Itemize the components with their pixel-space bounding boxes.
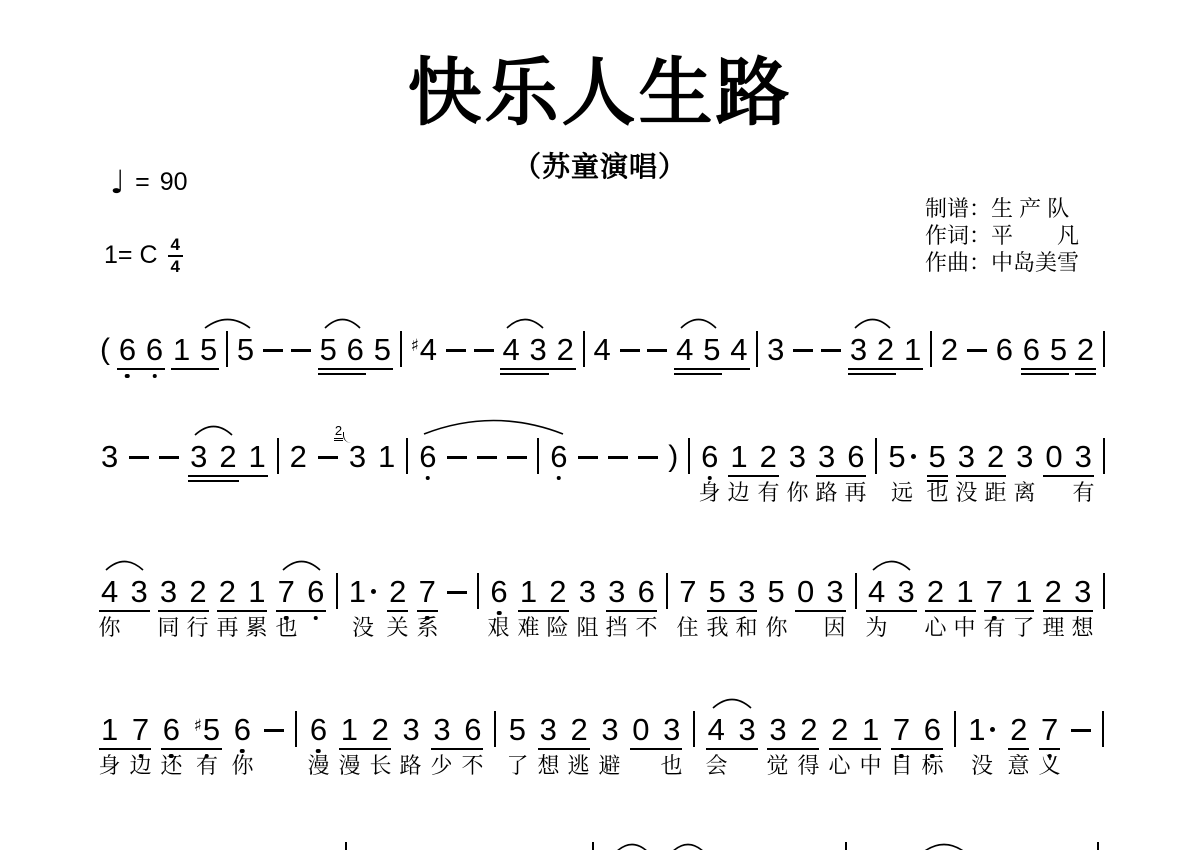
note-number: 1: [968, 712, 985, 747]
barline: [592, 842, 594, 850]
note-number: 6: [464, 712, 481, 747]
lyric-char: 再: [844, 482, 866, 504]
note-number: 3: [850, 332, 867, 367]
lyric-char: 和: [735, 617, 757, 639]
underline: [1075, 373, 1096, 375]
dash-continuation: [620, 349, 640, 352]
note-number: 2: [1010, 712, 1027, 747]
note: 2: [1076, 334, 1095, 365]
note: 6: [309, 714, 328, 745]
lyric-char: 阻: [576, 617, 598, 639]
parenthesis: (: [100, 335, 110, 365]
lyric-char: 路: [815, 482, 837, 504]
underline: [941, 610, 975, 612]
underline: [359, 368, 393, 370]
note: 3: [817, 441, 836, 472]
note: 5: [708, 576, 727, 607]
note: 5: [319, 334, 338, 365]
note-number: 1: [730, 439, 747, 474]
note: 5: [887, 441, 917, 472]
note-number: 7: [132, 712, 149, 747]
underline: [1035, 373, 1069, 375]
note: 5: [702, 334, 721, 365]
note-number: 1: [341, 712, 358, 747]
note: 4: [592, 334, 611, 365]
lyric-char: 同: [157, 617, 179, 639]
dash-continuation: [578, 456, 598, 459]
note: 1: [377, 441, 396, 472]
dash-continuation: [263, 349, 283, 352]
note-number: 2: [219, 574, 236, 609]
note: 2: [986, 441, 1005, 472]
note: 1: [100, 714, 119, 745]
note-number: 3: [101, 439, 118, 474]
note-number: 2: [219, 439, 236, 474]
barline: [336, 573, 338, 609]
note-number: 5: [509, 712, 526, 747]
underline: [292, 610, 326, 612]
note: 4: [501, 334, 520, 365]
credit-arranger: 制谱：生 产 队: [925, 195, 1079, 222]
lyric-char: 没: [955, 482, 977, 504]
note: 3: [1074, 441, 1093, 472]
note: 5: [508, 714, 527, 745]
note-number: 6: [996, 332, 1013, 367]
dash-continuation: [446, 349, 466, 352]
underline: [117, 748, 151, 750]
barline: [477, 573, 479, 609]
note: 5: [373, 334, 392, 365]
note-number: 3: [190, 439, 207, 474]
lyric-char: 标: [921, 755, 943, 777]
lyric-char: 不: [461, 755, 483, 777]
lyric-char: 行: [186, 617, 208, 639]
lyric-char: 我: [706, 617, 728, 639]
key-text: 1= C: [104, 241, 158, 270]
note-number: 3: [897, 574, 914, 609]
note: 6: [637, 576, 656, 607]
lyric-char: 避: [598, 755, 620, 777]
note-number: 6: [234, 712, 251, 747]
music-line-3: 4332217612761233675350343217123你同行再累也没关系…: [100, 575, 1105, 607]
note-number: 6: [119, 332, 136, 367]
note: 2: [218, 576, 237, 607]
note-number: 1: [173, 332, 190, 367]
dash-continuation: [608, 456, 628, 459]
underline: [972, 475, 1006, 477]
note-number: 3: [540, 712, 557, 747]
lyric-char: 险: [546, 617, 568, 639]
note: 1: [861, 714, 880, 745]
note-number: 5: [703, 332, 720, 367]
dash-continuation: [159, 456, 179, 459]
underline: [715, 368, 749, 370]
note-number: 2: [290, 439, 307, 474]
note-number: 4: [420, 332, 437, 367]
note: 2: [1009, 714, 1028, 745]
note-number: 6: [419, 439, 436, 474]
lyric-char: 中: [859, 755, 881, 777]
parenthesis: ): [668, 442, 678, 472]
barline: [1102, 711, 1104, 747]
underline: [357, 748, 391, 750]
note: 2: [289, 441, 308, 472]
lyric-char: 为: [865, 617, 887, 639]
note: 5: [1049, 334, 1068, 365]
note: 3: [849, 334, 868, 365]
underline: [185, 368, 219, 370]
note: 2: [830, 714, 849, 745]
note-number: 2: [1077, 332, 1094, 367]
barline: [295, 711, 297, 747]
note-number: 2: [927, 574, 944, 609]
lyric-char: 不: [635, 617, 657, 639]
note-number: 2: [389, 574, 406, 609]
tie-slur-arc: [872, 558, 911, 571]
note: 1: [172, 334, 191, 365]
grace-hook-icon: [343, 432, 351, 443]
lyric-char: 艰: [487, 617, 509, 639]
note: 3: [737, 714, 756, 745]
lyric-char: 没: [971, 755, 993, 777]
credits: 制谱：生 产 队 作词：平 凡 作曲：中岛美雪: [925, 195, 1079, 276]
note-number: 3: [663, 712, 680, 747]
note-number: 4: [676, 332, 693, 367]
tempo-marking: ♩ = 90: [110, 166, 188, 198]
note-number: 5: [200, 332, 217, 367]
lyric-char: 你: [231, 755, 253, 777]
augmentation-dot: [990, 727, 995, 732]
note: 7: [131, 714, 150, 745]
note: 3: [607, 576, 626, 607]
note-number: 1: [862, 712, 879, 747]
underline: [889, 368, 923, 370]
note: 2: [388, 576, 407, 607]
barline: [875, 438, 877, 474]
note-number: 2: [549, 574, 566, 609]
note-number: 6: [347, 332, 364, 367]
barline: [693, 711, 695, 747]
note: 1: [1014, 576, 1033, 607]
lyric-char: 离: [1013, 482, 1035, 504]
note-number: 6: [146, 332, 163, 367]
note: 6: [995, 334, 1014, 365]
underline: [387, 610, 408, 612]
lyric-char: 你: [786, 482, 808, 504]
note: 2: [876, 334, 895, 365]
note: 7: [985, 576, 1004, 607]
lyric-char: 没: [352, 617, 374, 639]
note-number: 6: [924, 712, 941, 747]
tie-slur-arc: [506, 316, 544, 329]
credit-lyricist: 作词：平 凡: [925, 222, 1079, 249]
underline: [862, 373, 896, 375]
tie-slur-arc: [854, 316, 891, 329]
note-number: 3: [1016, 439, 1033, 474]
dash-continuation: [264, 729, 284, 732]
underline: [204, 480, 238, 482]
note: 3: [432, 714, 451, 745]
note-number: 6: [1023, 332, 1040, 367]
note: 7: [418, 576, 437, 607]
octave-dot: [557, 476, 562, 481]
note: 2: [926, 576, 945, 607]
barline: [855, 573, 857, 609]
note: ♯4: [410, 334, 438, 365]
time-denominator: 4: [171, 257, 180, 276]
note-number: 6: [638, 574, 655, 609]
note-number: 3: [402, 712, 419, 747]
grace-note: 2: [334, 424, 343, 441]
note: 3: [896, 576, 915, 607]
barline: [756, 331, 758, 367]
note: 1: [348, 576, 378, 607]
note: 6: [489, 576, 508, 607]
note: 7: [678, 576, 697, 607]
underline: [688, 373, 722, 375]
note-number: 3: [826, 574, 843, 609]
note: ♯5: [193, 714, 221, 745]
note: 7: [277, 576, 296, 607]
underline: [449, 748, 483, 750]
note-number: 0: [632, 712, 649, 747]
lyric-char: 少: [430, 755, 452, 777]
tie-slur-arc: [614, 840, 650, 850]
note-number: 3: [1075, 439, 1092, 474]
lyric-char: 也: [275, 617, 297, 639]
note-number: 3: [349, 439, 366, 474]
lyric-char: 边: [727, 482, 749, 504]
sharp-icon: ♯: [194, 716, 202, 736]
note-number: 5: [374, 332, 391, 367]
tie-slur-arc: [423, 415, 564, 435]
note-number: 5: [320, 332, 337, 367]
underline: [745, 475, 779, 477]
note-number: 6: [310, 712, 327, 747]
time-signature: 4 4: [168, 236, 183, 276]
note-number: 1: [520, 574, 537, 609]
note-number: 5: [768, 574, 785, 609]
note-number: 1: [349, 574, 366, 609]
note-number: 4: [101, 574, 118, 609]
note: 2: [218, 441, 237, 472]
lyric-char: 意: [1007, 755, 1029, 777]
note-number: 4: [868, 574, 885, 609]
lyric-char: 了: [1012, 617, 1034, 639]
lyric-char: 长: [369, 755, 391, 777]
note: 6: [1022, 334, 1041, 365]
note: 5: [236, 334, 255, 365]
tie-slur-arc: [324, 316, 361, 329]
note: 4: [729, 334, 748, 365]
underline: [1062, 368, 1096, 370]
octave-dot: [152, 374, 157, 379]
barline: [345, 842, 347, 850]
dash-continuation: [647, 349, 667, 352]
augmentation-dot: [911, 454, 916, 459]
lyric-char: 理: [1042, 617, 1064, 639]
lyric-char: 累: [245, 617, 267, 639]
barline: [494, 711, 496, 747]
note: 2: [556, 334, 575, 365]
lyric-char: 觉: [766, 755, 788, 777]
barline: [930, 331, 932, 367]
music-line-2: 3321232166)6123365532303身边有你路再远也没距离有: [100, 440, 1105, 472]
underline: [174, 610, 208, 612]
note: 6: [923, 714, 942, 745]
lyric-char: 逃: [567, 755, 589, 777]
lyric-char: 中: [953, 617, 975, 639]
lyric-char: 目: [890, 755, 912, 777]
barline: [406, 438, 408, 474]
lyric-char: 挡: [605, 617, 627, 639]
note: 1: [248, 441, 267, 472]
note-number: 2: [877, 332, 894, 367]
note-number: 3: [608, 574, 625, 609]
note: 5: [199, 334, 218, 365]
note-number: 6: [307, 574, 324, 609]
note-number: 3: [1074, 574, 1091, 609]
underline: [623, 610, 657, 612]
barline: [688, 438, 690, 474]
lyric-char: 远: [891, 482, 913, 504]
note: 3: [159, 576, 178, 607]
dash-continuation: [967, 349, 987, 352]
note-number: 3: [769, 712, 786, 747]
note-number: 1: [956, 574, 973, 609]
tie-slur-arc: [194, 423, 233, 436]
note-number: 1: [904, 332, 921, 367]
note: 3: [100, 441, 119, 472]
note-number: 7: [1041, 712, 1058, 747]
note: 6: [700, 441, 719, 472]
underline: [233, 610, 267, 612]
note-number: 5: [1050, 332, 1067, 367]
note: 4: [867, 576, 886, 607]
underline: [723, 748, 757, 750]
underline: [1000, 610, 1034, 612]
note: 5: [928, 441, 947, 472]
note: 6: [145, 334, 164, 365]
note: 2: [940, 334, 959, 365]
note: 3: [529, 334, 548, 365]
lyric-char: 想: [1071, 617, 1093, 639]
note: 3: [768, 714, 787, 745]
note-number: 2: [800, 712, 817, 747]
underline: [332, 373, 366, 375]
time-numerator: 4: [168, 236, 183, 257]
underline: [515, 373, 549, 375]
underline: [811, 610, 845, 612]
tie-slur-arc: [921, 840, 967, 850]
note: 6: [846, 441, 865, 472]
note: 3: [578, 576, 597, 607]
lyric-char: 距: [984, 482, 1006, 504]
barline: [537, 438, 539, 474]
note-number: 3: [130, 574, 147, 609]
note-number: 3: [579, 574, 596, 609]
note: 2: [799, 714, 818, 745]
note-number: 7: [679, 574, 696, 609]
note: 4: [707, 714, 726, 745]
lyric-char: 身: [98, 755, 120, 777]
underline: [234, 475, 268, 477]
note-number: 2: [557, 332, 574, 367]
note: 7: [1040, 714, 1059, 745]
underline: [542, 368, 576, 370]
note: 3: [825, 576, 844, 607]
note: 2: [569, 714, 588, 745]
dash-continuation: [447, 456, 467, 459]
music-line-1: (66155565♯44324454332126652: [100, 333, 1105, 365]
underline: [723, 610, 757, 612]
barline: [954, 711, 956, 747]
note: 6: [162, 714, 181, 745]
underline: [115, 610, 149, 612]
underline: [131, 368, 165, 370]
note-number: 0: [1045, 439, 1062, 474]
note-number: 2: [570, 712, 587, 747]
dash-continuation: [318, 456, 338, 459]
tempo-bpm: 90: [160, 168, 188, 197]
lyric-char: 还: [160, 755, 182, 777]
note-number: 2: [987, 439, 1004, 474]
note-number: 6: [847, 439, 864, 474]
underline: [1059, 610, 1093, 612]
note-number: 3: [601, 712, 618, 747]
rest-note: 0: [1044, 441, 1063, 472]
note-number: 3: [530, 332, 547, 367]
note: 3: [189, 441, 208, 472]
note: 3: [401, 714, 420, 745]
note-number: 3: [738, 712, 755, 747]
dash-continuation: [477, 456, 497, 459]
note: 7: [892, 714, 911, 745]
note: 3: [539, 714, 558, 745]
note-number: 7: [893, 712, 910, 747]
note-number: 1: [249, 439, 266, 474]
underline: [534, 610, 568, 612]
tie-slur-arc: [204, 316, 251, 329]
note: 3: [662, 714, 681, 745]
dash-continuation: [638, 456, 658, 459]
lyric-char: 漫: [307, 755, 329, 777]
note-number: 2: [760, 439, 777, 474]
lyric-char: 你: [98, 617, 120, 639]
note: 3: [600, 714, 619, 745]
note-number: 2: [189, 574, 206, 609]
note: 6: [233, 714, 252, 745]
underline: [648, 748, 682, 750]
note-number: 3: [818, 439, 835, 474]
note: 3: [957, 441, 976, 472]
note: 6: [118, 334, 137, 365]
underline: [417, 610, 438, 612]
note: 32: [348, 441, 367, 472]
note: 6: [418, 441, 437, 472]
note: 4: [675, 334, 694, 365]
lyric-char: 心: [828, 755, 850, 777]
lyric-char: 有: [757, 482, 779, 504]
rest-note: 0: [796, 576, 815, 607]
lyric-char: 也: [926, 482, 948, 504]
lyric-char: 有: [196, 755, 218, 777]
note-number: 3: [433, 712, 450, 747]
note-number: 6: [163, 712, 180, 747]
note: 1: [955, 576, 974, 607]
lyric-char: 想: [537, 755, 559, 777]
note-number: 7: [278, 574, 295, 609]
